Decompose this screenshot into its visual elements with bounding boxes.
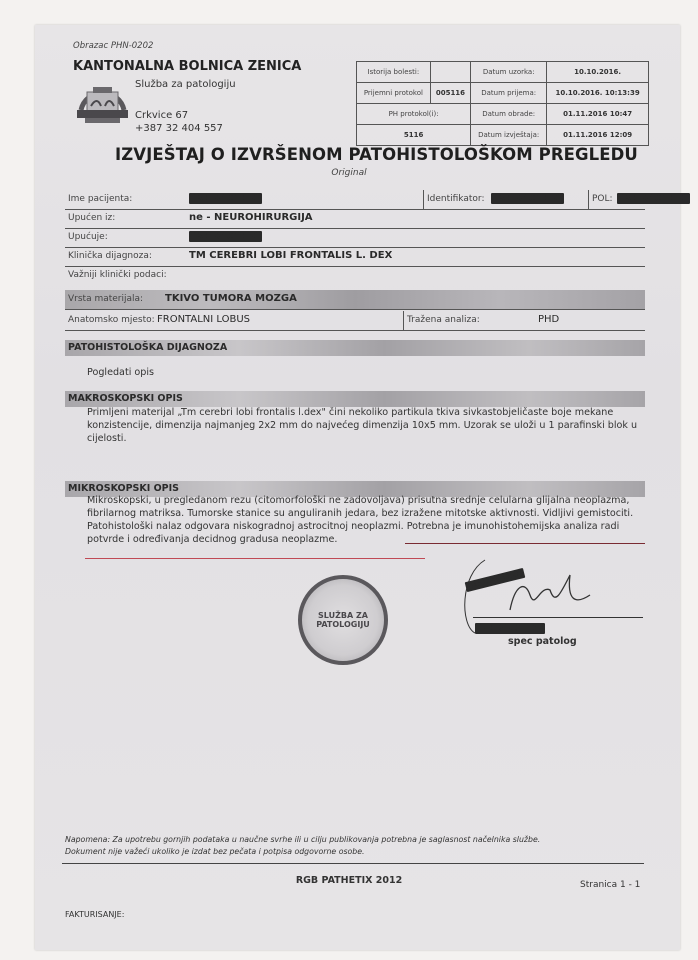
hospital-logo-icon — [75, 76, 130, 126]
footer-divider — [62, 863, 644, 864]
dark-underline — [405, 543, 645, 544]
patient-sex-label: POL: — [592, 194, 613, 204]
footer-note: Napomena: Za upotrebu gornjih podataka u… — [65, 834, 540, 858]
hospital-phone: +387 32 404 557 — [135, 123, 223, 134]
patient-id-label: Identifikator: — [427, 194, 485, 204]
patient-id-value: [REDACTED] — [491, 193, 564, 204]
billing-label: FAKTURISANJE: — [65, 910, 124, 919]
signatory-role: spec patolog — [508, 636, 577, 647]
referred-from-label: Upućen iz: — [68, 213, 115, 223]
service-name: Služba za patologiju — [135, 79, 236, 90]
pathology-diagnosis-header: PATOHISTOLOŠKA DIJAGNOZA — [65, 340, 645, 356]
divider — [588, 190, 589, 209]
report-title: IZVJEŠTAJ O IZVRŠENOM PATOHISTOLOŠKOM PR… — [115, 145, 638, 164]
requested-analysis-value: PHD — [538, 314, 559, 325]
sample-date-label: Datum uzorka: — [471, 62, 547, 83]
report-subtitle: Original — [0, 168, 698, 178]
material-row: Vrsta materijala: TKIVO TUMORA MOZGA — [65, 290, 645, 310]
red-underline — [85, 558, 425, 559]
patient-sex-value: [REDACTED] — [617, 193, 690, 204]
referrer-label: Upućuje: — [68, 232, 108, 242]
patient-name-value: [REDACTED] — [189, 193, 262, 204]
official-stamp-icon: SLUŽBA ZA PATOLOGIJU — [298, 575, 388, 665]
page-number: Stranica 1 - 1 — [580, 880, 640, 890]
anatomic-site-value: FRONTALNI LOBUS — [157, 314, 250, 325]
clinical-diagnosis-value: TM CEREBRI LOBI FRONTALIS L. DEX — [189, 250, 392, 261]
form-code: Obrazac PHN-0202 — [73, 41, 153, 51]
requested-analysis-label: Tražena analiza: — [407, 315, 480, 325]
hospital-address: Crkvice 67 — [135, 110, 188, 121]
ph-protocol-value: 5116 — [357, 125, 471, 146]
received-date-label: Datum prijema: — [471, 83, 547, 104]
clinical-data-label: Važniji klinički podaci: — [68, 270, 167, 280]
clinical-data-row: Važniji klinički podaci: — [65, 266, 645, 285]
signature-line — [473, 617, 643, 618]
case-history-value — [430, 62, 470, 83]
referred-from-value: ne - NEUROHIRURGIJA — [189, 212, 313, 223]
anatomic-site-row: Anatomsko mjesto: FRONTALNI LOBUS Tražen… — [65, 311, 645, 331]
patient-name-row: Ime pacijenta: [REDACTED] Identifikator:… — [65, 190, 645, 210]
received-date-value: 10.10.2016. 10:13:39 — [547, 83, 649, 104]
signature-block: [REDACTED] [REDACTED] spec patolog — [445, 555, 645, 665]
material-value: TKIVO TUMORA MOZGA — [165, 293, 297, 304]
patient-name-label: Ime pacijenta: — [68, 194, 132, 204]
divider — [423, 190, 424, 209]
report-date-label: Datum izvještaja: — [471, 125, 547, 146]
referrer-row: Upućuje: [REDACTED] — [65, 228, 645, 248]
intake-protocol-label: Prijemni protokol — [357, 83, 431, 104]
report-date-value: 01.11.2016 12:09 — [547, 125, 649, 146]
microscopic-text: Mikroskopski, u pregledanom rezu (citomo… — [87, 494, 642, 546]
divider — [403, 311, 404, 330]
referrer-value: [REDACTED] — [189, 231, 262, 242]
macroscopic-text: Primljeni materijal „Tm cerebri lobi fro… — [87, 406, 642, 445]
clinical-diagnosis-label: Klinička dijagnoza: — [68, 251, 152, 261]
ph-protocol-label: PH protokol(i): — [357, 104, 471, 125]
signatory-name: [REDACTED] — [475, 623, 545, 634]
anatomic-site-label: Anatomsko mjesto: — [68, 315, 155, 325]
intake-protocol-value: 005116 — [430, 83, 470, 104]
hospital-name: KANTONALNA BOLNICA ZENICA — [73, 59, 301, 74]
case-metadata-table: Istorija bolesti: Datum uzorka: 10.10.20… — [356, 61, 649, 146]
processed-date-label: Datum obrade: — [471, 104, 547, 125]
macroscopic-header: MAKROSKOPSKI OPIS — [65, 391, 645, 407]
material-label: Vrsta materijala: — [68, 294, 143, 304]
referred-from-row: Upućen iz: ne - NEUROHIRURGIJA — [65, 209, 645, 229]
processed-date-value: 01.11.2016 10:47 — [547, 104, 649, 125]
pathology-diagnosis-text: Pogledati opis — [87, 366, 642, 379]
clinical-diagnosis-row: Klinička dijagnoza: TM CEREBRI LOBI FRON… — [65, 247, 645, 267]
case-history-label: Istorija bolesti: — [357, 62, 431, 83]
sample-date-value: 10.10.2016. — [547, 62, 649, 83]
